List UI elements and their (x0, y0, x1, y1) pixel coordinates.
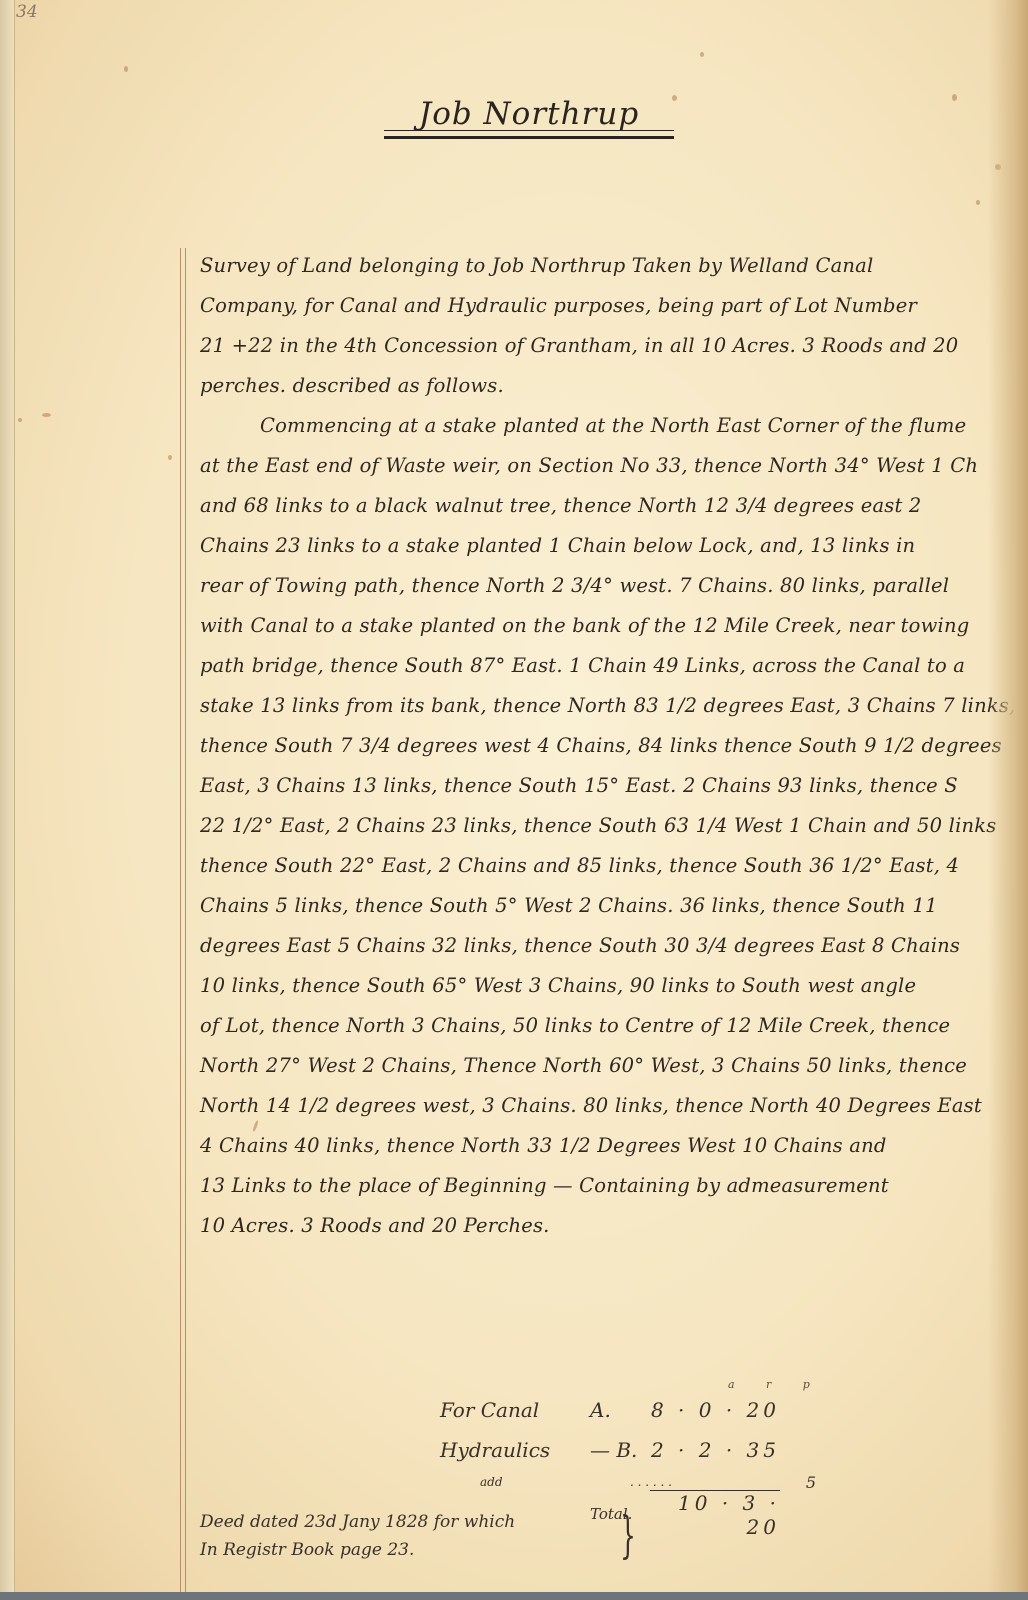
text-line: and 68 links to a black walnut tree, the… (200, 486, 1000, 526)
text-line: perches. described as follows. (200, 366, 1000, 406)
text-line: path bridge, thence South 87° East. 1 Ch… (200, 646, 1000, 686)
deed-note: Deed dated 23d Jany 1828 for which In Re… (200, 1508, 515, 1564)
text-line: degrees East 5 Chains 32 links, thence S… (200, 926, 1000, 966)
text-line: at the East end of Waste weir, on Sectio… (200, 446, 1000, 486)
margin-rule (180, 248, 186, 1592)
text-line: 10 links, thence South 65° West 3 Chains… (200, 966, 1000, 1006)
tally-label: Hydraulics (440, 1438, 590, 1462)
tally-value: 10 · 3 · 20 (650, 1490, 780, 1539)
text-line: 22 1/2° East, 2 Chains 23 links, thence … (200, 806, 1000, 846)
text-line: 10 Acres. 3 Roods and 20 Perches. (200, 1206, 1000, 1246)
text-line: Survey of Land belonging to Job Northrup… (200, 246, 1000, 286)
deed-note-line: In Registr Book page 23. (200, 1536, 515, 1564)
text-line: 21 +22 in the 4th Concession of Grantham… (200, 326, 1000, 366)
tally-label: add (440, 1475, 630, 1489)
tally-mark: . . . . . . (630, 1475, 690, 1489)
text-line: East, 3 Chains 13 links, thence South 15… (200, 766, 1000, 806)
text-line: Chains 5 links, thence South 5° West 2 C… (200, 886, 1000, 926)
tally-value: 2 · 2 · 35 (650, 1438, 780, 1462)
deed-note-line: Deed dated 23d Jany 1828 for which (200, 1508, 515, 1536)
tally-value: 8 · 0 · 20 (650, 1398, 780, 1422)
survey-description: Survey of Land belonging to Job Northrup… (200, 246, 1000, 1246)
text-line: of Lot, thence North 3 Chains, 50 links … (200, 1006, 1000, 1046)
text-line: North 14 1/2 degrees west, 3 Chains. 80 … (200, 1086, 1000, 1126)
text-line: 4 Chains 40 links, thence North 33 1/2 D… (200, 1126, 1000, 1166)
text-line: thence South 22° East, 2 Chains and 85 l… (200, 846, 1000, 886)
page-title: Job Northrup (384, 96, 674, 132)
tally-row-canal: For Canal A. 8 · 0 · 20 (440, 1390, 820, 1430)
title-underline (384, 130, 674, 139)
brace-glyph: } (620, 1510, 636, 1560)
tally-label: For Canal (440, 1398, 590, 1422)
text-line: with Canal to a stake planted on the ban… (200, 606, 1000, 646)
tally-mark: — B. (590, 1438, 650, 1462)
text-line: stake 13 links from its bank, thence Nor… (200, 686, 1000, 726)
text-line: Company, for Canal and Hydraulic purpose… (200, 286, 1000, 326)
tally-mark: A. (590, 1398, 650, 1422)
text-line: thence South 7 3/4 degrees west 4 Chains… (200, 726, 1000, 766)
tally-row-hydraulics: Hydraulics — B. 2 · 2 · 35 (440, 1430, 820, 1470)
text-line: Chains 23 links to a stake planted 1 Cha… (200, 526, 1000, 566)
text-line: 13 Links to the place of Beginning — Con… (200, 1166, 1000, 1206)
text-line: rear of Towing path, thence North 2 3/4°… (200, 566, 1000, 606)
text-line: Commencing at a stake planted at the Nor… (200, 406, 1000, 446)
page-number: 34 (16, 2, 38, 22)
ledger-page: 34 Job Northrup Survey of Land belonging… (0, 0, 1028, 1592)
text-line: North 27° West 2 Chains, Thence North 60… (200, 1046, 1000, 1086)
